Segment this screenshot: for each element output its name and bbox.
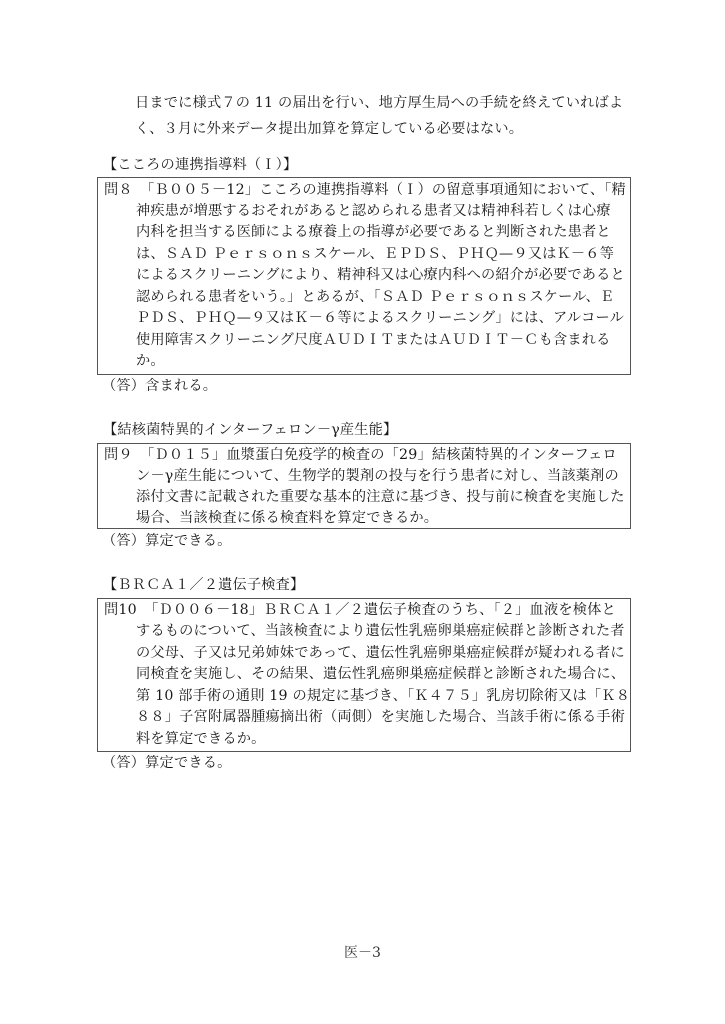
question-8-line-1: 問８ 「Ｂ００５－12」こころの連携指導料（Ｉ）の留意事項通知において、「精 [104,180,626,200]
question-9-line-4: 場合、当該検査に係る検査料を算定できるか。 [136,508,438,528]
question-8-line-7: ＰＤＳ、ＰＨＱ—９又はＫ－６等によるスクリーニング」には、アルコール [136,308,624,328]
question-8-line-9: か。 [136,351,165,371]
question-8-line-4: は、ＳＡＤ Ｐｅｒｓｏｎｓスケール、ＥＰＤＳ、ＰＨＱ—９又はＫ－６等 [136,244,614,264]
question-8-line-2: 神疾患が増悪するおそれがあると認められる患者又は精神科若しくは心療 [136,201,611,221]
question-box-9: 問９ 「Ｄ０１５」血漿蛋白免疫学的検査の「29」結核菌特異的インターフェロ ン－… [97,443,631,529]
question-10-line-5: 第 10 部手術の通則 19 の規定に基づき、「Ｋ４７５」乳房切除術又は「Ｋ８ [136,686,630,706]
question-8-line-3: 内科を担当する医師による療養上の指導が必要であると判断された患者と [136,222,611,242]
question-8-line-8: 使用障害スクリーニング尺度ＡＵＤＩＴまたはＡＵＤＩＴ－Ｃも含まれる [136,330,611,350]
intro-line-2: く、３月に外来データ提出加算を算定している必要はない。 [135,119,523,139]
question-10-line-3: の父母、子又は兄弟姉妹であって、遺伝性乳癌卵巣癌症候群が疑われる者に [136,643,625,663]
question-10-line-2: するものについて、当該検査により遺伝性乳癌卵巣癌症候群と診断された者 [136,621,625,641]
section-heading-kokoro: 【こころの連携指導料（Ｉ）】 [103,155,297,175]
question-9-line-2: ン－γ産生能について、生物学的製剤の投与を行う患者に対し、当該薬剤の [136,466,619,486]
question-10-line-4: 同検査を実施し、その結果、遺伝性乳癌卵巣癌症候群と診断された場合に、 [136,664,625,684]
answer-9: （答）算定できる。 [102,531,232,551]
question-8-line-6: 認められる患者をいう。」とあるが、「ＳＡＤ Ｐｅｒｓｏｎｓスケール、Ｅ [136,287,614,307]
question-box-10: 問10 「Ｄ００６－18」ＢＲＣＡ１／２遺伝子検査のうち、「２」血液を検体と す… [97,598,631,752]
question-10-line-7: 料を算定できるか。 [136,729,266,749]
section-heading-brca: 【ＢＲＣＡ１／２遺伝子検査】 [103,575,304,595]
question-box-8: 問８ 「Ｂ００５－12」こころの連携指導料（Ｉ）の留意事項通知において、「精 神… [97,177,631,375]
question-10-line-1: 問10 「Ｄ００６－18」ＢＲＣＡ１／２遺伝子検査のうち、「２」血液を検体と [104,600,616,620]
question-9-line-3: 添付文書に記載された重要な基本的注意に基づき、投与前に検査を実施した [136,487,625,507]
section-heading-tb-ifn: 【結核菌特異的インターフェロン－γ産生能】 [103,420,397,440]
question-8-line-5: によるスクリーニングにより、精神科又は心療内科への紹介が必要であると [136,265,625,285]
question-9-line-1: 問９ 「Ｄ０１５」血漿蛋白免疫学的検査の「29」結核菌特異的インターフェロ [104,445,617,465]
answer-8: （答）含まれる。 [102,376,217,396]
page-number: 医－3 [0,943,725,963]
document-page: 日までに様式７の 11 の届出を行い、地方厚生局への手続を終えていればよ く、３… [0,0,725,1024]
question-10-line-6: ８８」子宮附属器腫瘍摘出術（両側）を実施した場合、当該手術に係る手術 [136,707,625,727]
answer-10: （答）算定できる。 [102,753,232,773]
intro-line-1: 日までに様式７の 11 の届出を行い、地方厚生局への手続を終えていればよ [135,93,623,113]
